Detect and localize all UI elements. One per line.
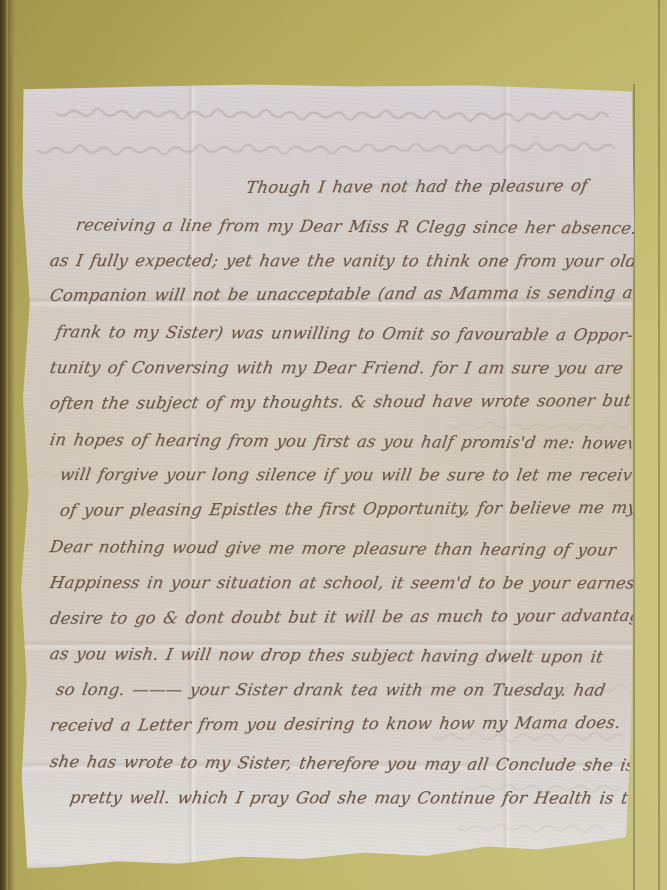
- letter-line: Happiness in your situation at school, i…: [29, 565, 631, 601]
- letter-line: Dear nothing woud give me more pleasure …: [29, 529, 630, 568]
- letter-line: pretty well. which I pray God she may Co…: [29, 780, 631, 816]
- letter-line: she has wrote to my Sister, therefore yo…: [29, 744, 630, 783]
- letter-line: Companion will not be unacceptable (and …: [29, 275, 631, 314]
- letter-line: in hopes of hearing from you first as yo…: [29, 422, 630, 461]
- letter-page: Though I have not had the pleasure of re…: [18, 83, 636, 870]
- letter-line: desire to go & dont doubt but it will be…: [29, 597, 631, 636]
- letter-line: will forgive your long silence if you wi…: [29, 457, 631, 493]
- photograph-of-manuscript-letter: Though I have not had the pleasure of re…: [0, 0, 667, 890]
- letter-line: Though I have not had the pleasure of: [29, 168, 631, 207]
- bleedthrough-script-line: [38, 140, 603, 161]
- folder-right-edge-line: [658, 0, 660, 890]
- letter-line: receiving a line from my Dear Miss R Cle…: [29, 207, 630, 246]
- bleedthrough-script-line: [56, 105, 608, 127]
- letter-line: frank to my Sister) was unwilling to Omi…: [29, 314, 630, 353]
- letter-line: receivd a Letter from you desiring to kn…: [29, 705, 631, 744]
- letter-line: of your pleasing Epistles the first Oppo…: [29, 490, 631, 529]
- letter-line: as you wish. I will now drop thes subjec…: [29, 636, 630, 675]
- folder-left-edge: [0, 0, 15, 890]
- letter-line: as I fully expected; yet have the vanity…: [29, 243, 631, 279]
- letter-line: often the subject of my thoughts. & shou…: [29, 383, 631, 422]
- bleedthrough-mark: [458, 821, 593, 837]
- letter-line: so long. ——— your Sister drank tea with …: [29, 672, 631, 708]
- letter-body-text: Though I have not had the pleasure of re…: [32, 171, 628, 815]
- letter-line: tunity of Conversing with my Dear Friend…: [29, 350, 631, 386]
